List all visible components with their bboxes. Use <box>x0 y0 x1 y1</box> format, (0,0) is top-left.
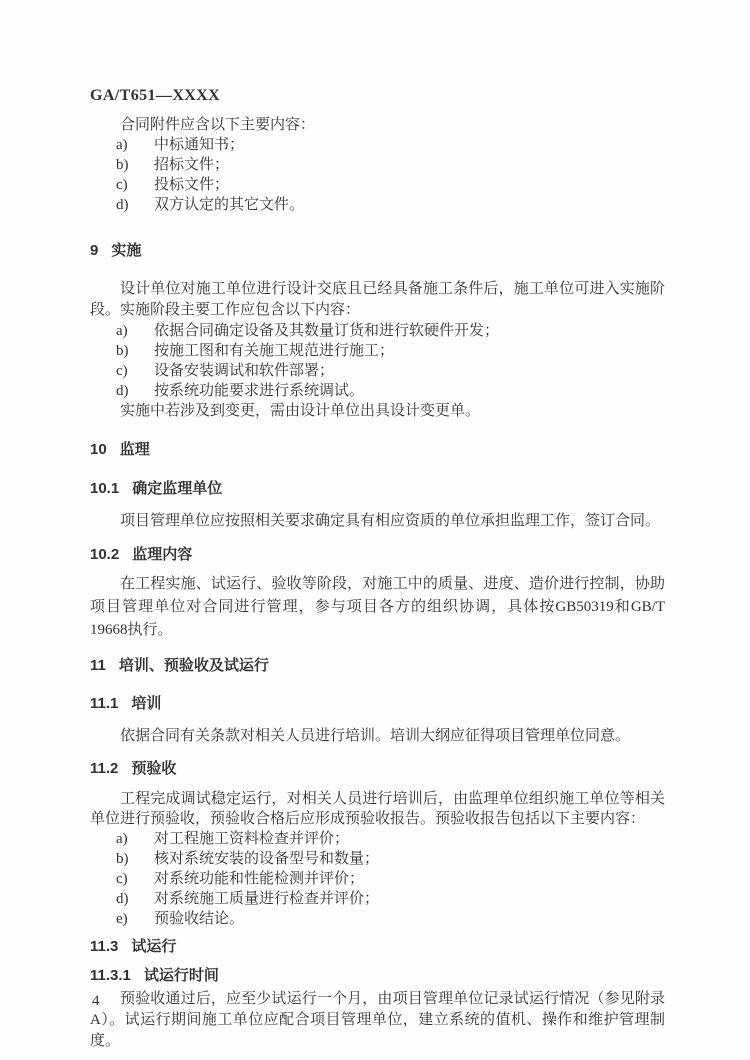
list-item: a) 依据合同确定设备及其数量订货和进行软硬件开发； <box>90 321 665 341</box>
list-text: 依据合同确定设备及其数量订货和进行软硬件开发； <box>154 321 665 341</box>
list-text: 双方认定的其它文件。 <box>154 195 665 215</box>
list-marker: a) <box>90 135 154 155</box>
list-text: 中标通知书； <box>154 135 665 155</box>
list-item: b) 核对系统安装的设备型号和数量； <box>90 849 665 869</box>
list: a) 对工程施工资料检查并评价； b) 核对系统安装的设备型号和数量； c) 对… <box>90 829 665 929</box>
section-heading-10: 10 监理 <box>90 440 665 460</box>
paragraph: 依据合同有关条款对相关人员进行培训。培训大纲应征得项目管理单位同意。 <box>90 726 665 747</box>
list-marker: d) <box>90 381 154 401</box>
section-number: 11.2 <box>90 759 118 779</box>
list-marker: c) <box>90 175 154 195</box>
section-title: 试运行时间 <box>144 966 219 986</box>
list-text: 投标文件； <box>154 175 665 195</box>
section-heading-10-2: 10.2 监理内容 <box>90 545 665 565</box>
list-text: 对系统功能和性能检测并评价； <box>154 869 665 889</box>
section-title: 确定监理单位 <box>132 479 222 499</box>
section-title: 监理 <box>120 440 150 460</box>
list-marker: a) <box>90 321 154 341</box>
list-item: c) 对系统功能和性能检测并评价； <box>90 869 665 889</box>
document-page: GA/T651—XXXX 合同附件应含以下主要内容： a) 中标通知书； b) … <box>0 0 750 1060</box>
paragraph: 设计单位对施工单位进行设计交底且已经具备施工条件后，施工单位可进入实施阶段。实施… <box>90 279 665 321</box>
section-heading-11-2: 11.2 预验收 <box>90 759 665 779</box>
section-number: 11 <box>90 656 106 676</box>
list-item: b) 按施工图和有关施工规范进行施工； <box>90 341 665 361</box>
list-text: 预验收结论。 <box>154 909 665 929</box>
section-heading-9: 9 实施 <box>90 241 665 261</box>
section-title: 培训、预验收及试运行 <box>119 656 269 676</box>
section-title: 培训 <box>131 694 161 714</box>
section-title: 监理内容 <box>132 545 192 565</box>
list-text: 招标文件； <box>154 155 665 175</box>
paragraph: 实施中若涉及到变更，需由设计单位出具设计变更单。 <box>90 401 665 422</box>
section-number: 11.1 <box>90 694 118 714</box>
list-marker: c) <box>90 361 154 381</box>
list-marker: d) <box>90 889 154 909</box>
list-text: 按施工图和有关施工规范进行施工； <box>154 341 665 361</box>
paragraph: 工程完成调试稳定运行，对相关人员进行培训后，由监理单位组织施工单位等相关单位进行… <box>90 789 665 829</box>
section-heading-11: 11 培训、预验收及试运行 <box>90 656 665 676</box>
section-title: 实施 <box>111 241 141 261</box>
section-number: 10 <box>90 440 107 460</box>
page-number: 4 <box>92 992 100 1010</box>
doc-code: GA/T651—XXXX <box>90 86 665 106</box>
section-number: 10.2 <box>90 545 119 565</box>
list-marker: e) <box>90 909 154 929</box>
paragraph: 在工程实施、试运行、验收等阶段，对施工中的质量、进度、造价进行控制，协助项目管理… <box>90 573 665 642</box>
section-heading-11-3: 11.3 试运行 <box>90 937 665 957</box>
list-item: d) 对系统施工质量进行检查并评价； <box>90 889 665 909</box>
paragraph: 预验收通过后，应至少试运行一个月，由项目管理单位记录试运行情况（参见附录A）。试… <box>90 989 665 1052</box>
list-text: 核对系统安装的设备型号和数量； <box>154 849 665 869</box>
list-text: 设备安装调试和软件部署； <box>154 361 665 381</box>
section-title: 预验收 <box>131 759 176 779</box>
list: a) 中标通知书； b) 招标文件； c) 投标文件； d) 双方认定的其它文件… <box>90 135 665 215</box>
section-heading-10-1: 10.1 确定监理单位 <box>90 479 665 499</box>
list-item: d) 按系统功能要求进行系统调试。 <box>90 381 665 401</box>
list-text: 对系统施工质量进行检查并评价； <box>154 889 665 909</box>
list-item: d) 双方认定的其它文件。 <box>90 195 665 215</box>
paragraph: 项目管理单位应按照相关要求确定具有相应资质的单位承担监理工作，签订合同。 <box>90 511 665 532</box>
section-heading-11-1: 11.1 培训 <box>90 694 665 714</box>
list-item: b) 招标文件； <box>90 155 665 175</box>
list-item: c) 投标文件； <box>90 175 665 195</box>
list-item: c) 设备安装调试和软件部署； <box>90 361 665 381</box>
list-marker: d) <box>90 195 154 215</box>
paragraph: 合同附件应含以下主要内容： <box>90 115 665 135</box>
list-text: 对工程施工资料检查并评价； <box>154 829 665 849</box>
list-marker: c) <box>90 869 154 889</box>
section-heading-11-3-1: 11.3.1 试运行时间 <box>90 966 665 986</box>
section-number: 9 <box>90 241 98 261</box>
list-item: e) 预验收结论。 <box>90 909 665 929</box>
section-number: 11.3 <box>90 937 118 957</box>
section-title: 试运行 <box>131 937 176 957</box>
section-number: 10.1 <box>90 479 119 499</box>
list-item: a) 对工程施工资料检查并评价； <box>90 829 665 849</box>
list: a) 依据合同确定设备及其数量订货和进行软硬件开发； b) 按施工图和有关施工规… <box>90 321 665 401</box>
list-text: 按系统功能要求进行系统调试。 <box>154 381 665 401</box>
list-marker: b) <box>90 849 154 869</box>
list-marker: b) <box>90 341 154 361</box>
list-marker: a) <box>90 829 154 849</box>
list-item: a) 中标通知书； <box>90 135 665 155</box>
section-number: 11.3.1 <box>90 966 131 986</box>
list-marker: b) <box>90 155 154 175</box>
